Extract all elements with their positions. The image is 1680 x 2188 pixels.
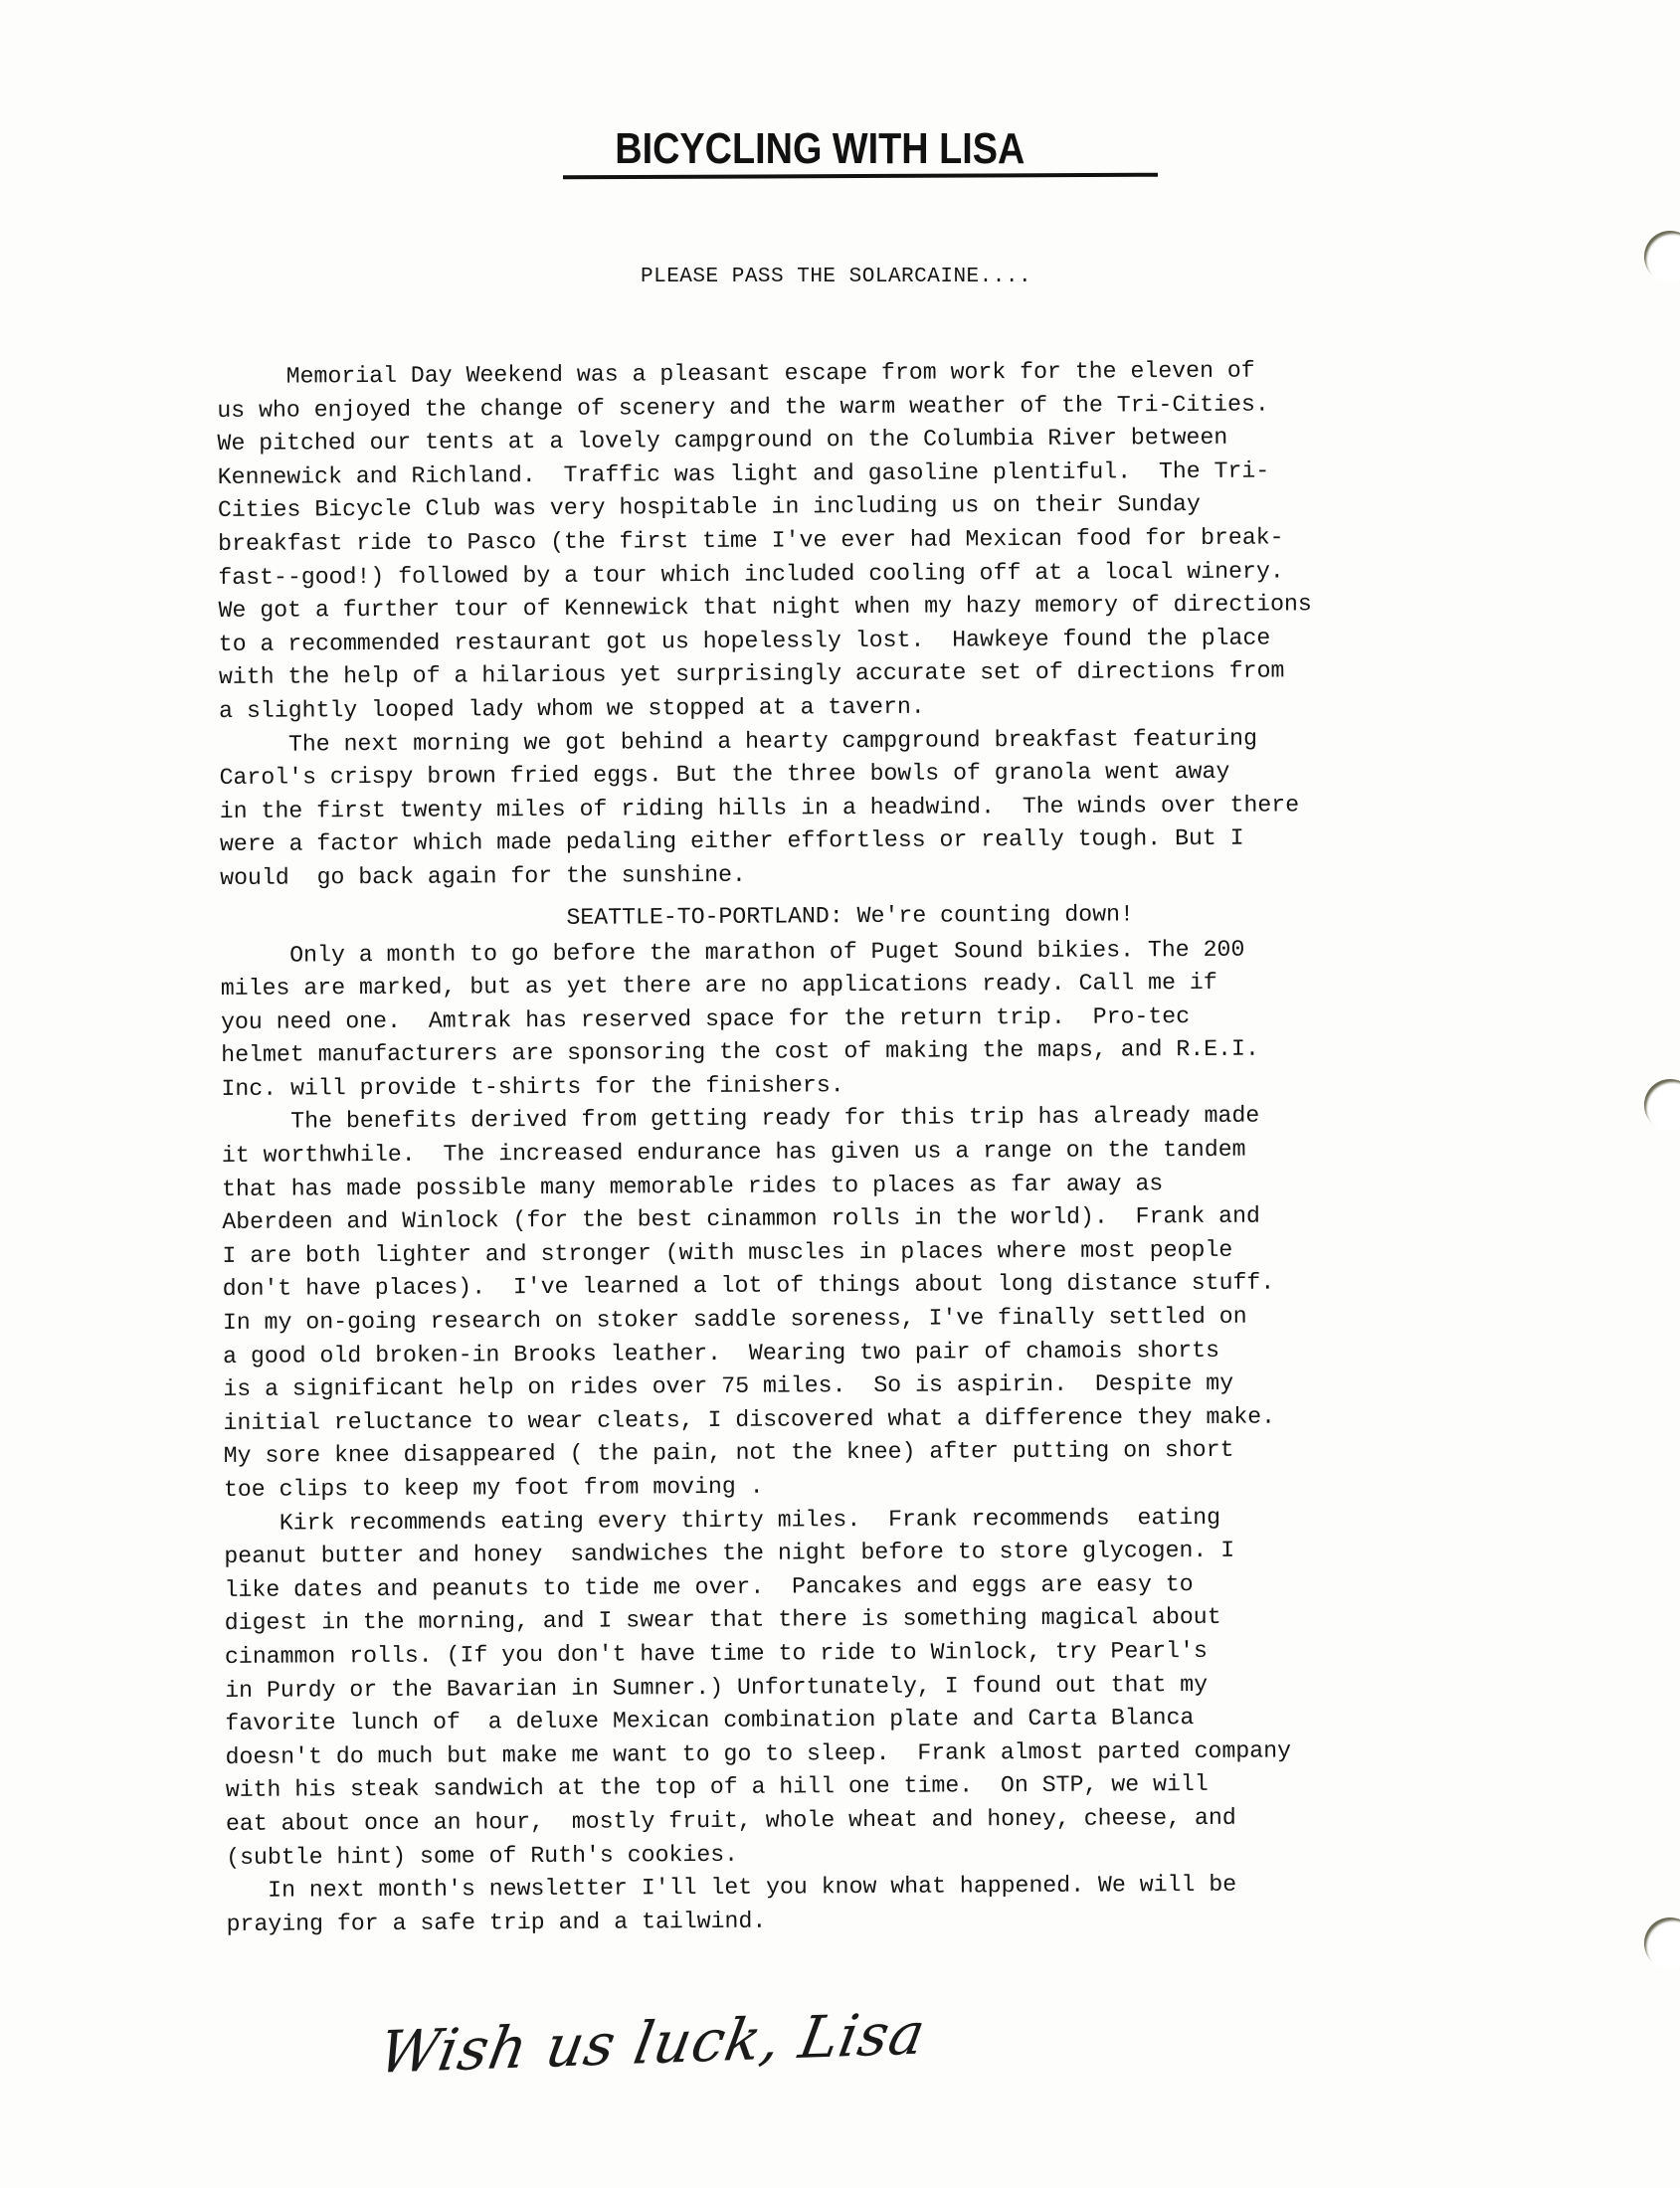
- punch-hole-top: [1644, 231, 1680, 282]
- article-body: Memorial Day Weekend was a pleasant esca…: [217, 353, 1599, 1942]
- article-subtitle: PLEASE PASS THE SOLARCAINE....: [641, 266, 1031, 288]
- document-page: BICYCLING WITH LISA PLEASE PASS THE SOLA…: [0, 0, 1680, 2188]
- handwritten-signature: Wish us luck, Lisa: [374, 1999, 931, 2087]
- article-title: BICYCLING WITH LISA: [565, 124, 1075, 174]
- section-seattle-to-portland: Only a month to go before the marathon o…: [221, 931, 1599, 1941]
- punch-hole-middle: [1644, 1079, 1680, 1131]
- section-memorial-day: Memorial Day Weekend was a pleasant esca…: [217, 353, 1592, 896]
- punch-hole-bottom: [1644, 1917, 1680, 1969]
